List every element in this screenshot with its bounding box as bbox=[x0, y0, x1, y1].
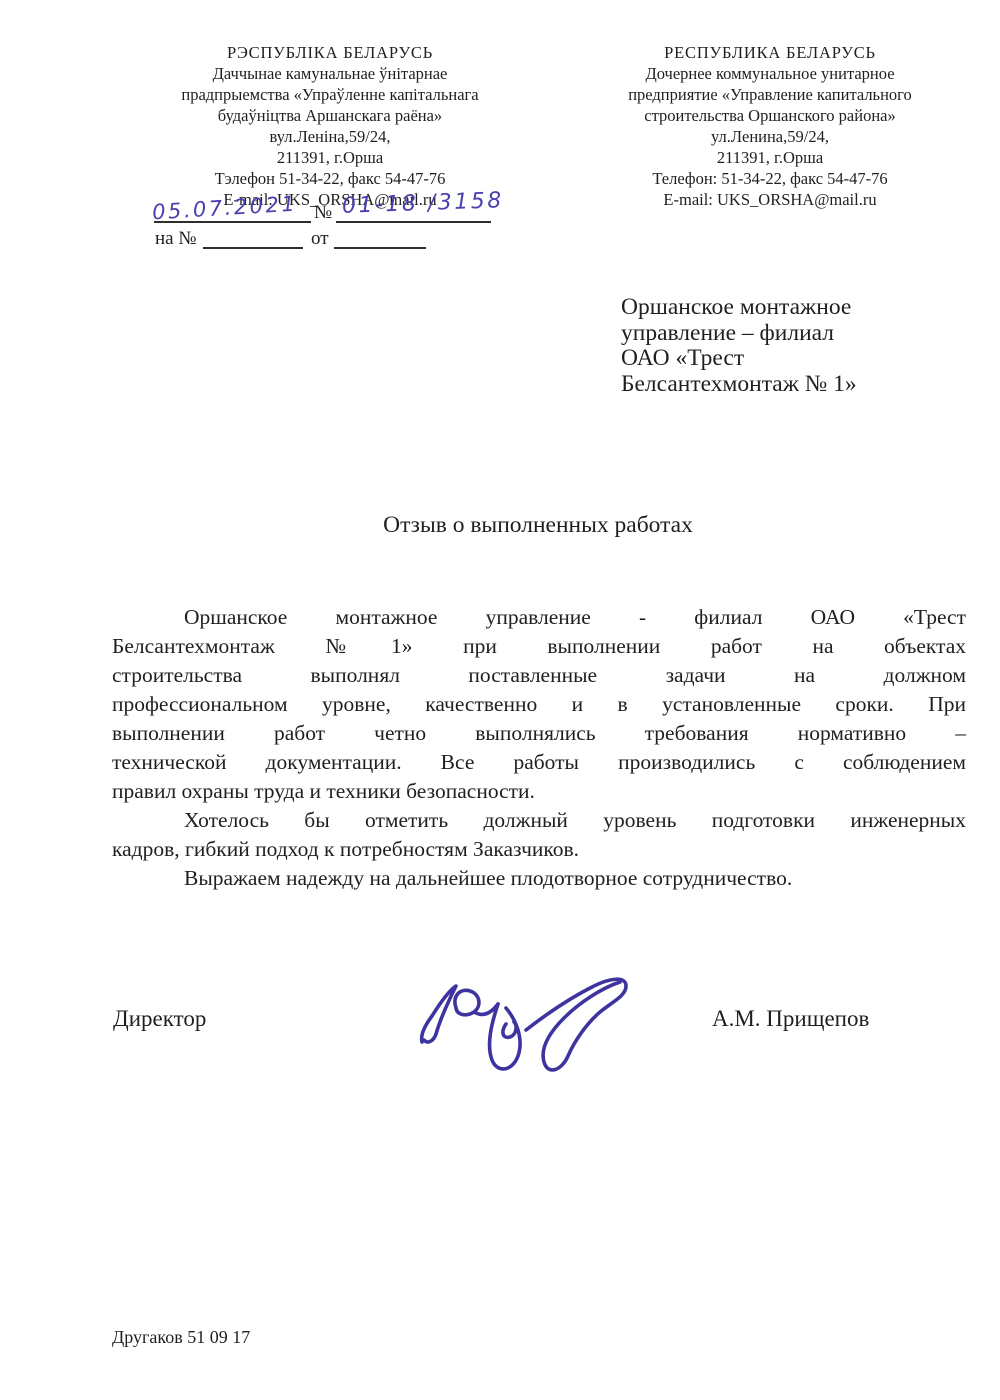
letterhead-line: 211391, г.Орша bbox=[112, 147, 548, 168]
recipient-line: Оршанское монтажное bbox=[621, 295, 951, 321]
letterhead-line: Дочернее коммунальное унитарное bbox=[552, 63, 988, 84]
from-label: от bbox=[311, 228, 329, 250]
letterhead-right: РЕСПУБЛИКА БЕЛАРУСЬ Дочернее коммунально… bbox=[552, 42, 988, 210]
reference-underline bbox=[334, 247, 426, 249]
letterhead-line: предприятие «Управление капитального bbox=[552, 84, 988, 105]
reference-underline bbox=[336, 221, 491, 223]
body-text: Оршанское монтажное управление - филиал … bbox=[112, 603, 966, 893]
body-line: строительства выполнял поставленные зада… bbox=[112, 661, 966, 690]
executor-note: Другаков 51 09 17 bbox=[112, 1327, 250, 1348]
number-label: № bbox=[314, 202, 332, 224]
letterhead-line: вул.Леніна,59/24, bbox=[112, 126, 548, 147]
letterhead-line: ул.Ленина,59/24, bbox=[552, 126, 988, 147]
signature-name: А.М. Прищепов bbox=[712, 1006, 869, 1032]
recipient-line: Белсантехмонтаж № 1» bbox=[621, 372, 951, 398]
letterhead-line: 211391, г.Орша bbox=[552, 147, 988, 168]
letterhead-email: E-mail: UKS_ORSHA@mail.ru bbox=[552, 189, 988, 210]
reference-underline bbox=[203, 247, 303, 249]
letterhead-line: прадпрыемства «Упраўленне капітальнага bbox=[112, 84, 548, 105]
scanned-letter-page: РЭСПУБЛІКА БЕЛАРУСЬ Даччынае камунальнае… bbox=[0, 0, 1000, 1400]
signature-role: Директор bbox=[113, 1006, 206, 1032]
document-title: Отзыв о выполненных работах bbox=[78, 512, 998, 539]
body-line: Оршанское монтажное управление - филиал … bbox=[112, 603, 966, 632]
letterhead-line: РЭСПУБЛІКА БЕЛАРУСЬ bbox=[112, 42, 548, 63]
handwritten-number: 01-18 /3158 bbox=[342, 188, 505, 219]
body-line: выполнении работ четно выполнялись требо… bbox=[112, 719, 966, 748]
letterhead-line: Даччынае камунальнае ўнітарнае bbox=[112, 63, 548, 84]
letterhead-left: РЭСПУБЛІКА БЕЛАРУСЬ Даччынае камунальнае… bbox=[112, 42, 548, 210]
body-line: профессиональном уровне, качественно и в… bbox=[112, 690, 966, 719]
letterhead-line: Телефон: 51-34-22, факс 54-47-76 bbox=[552, 168, 988, 189]
letterhead-line: будаўніцтва Аршанскага раёна» bbox=[112, 105, 548, 126]
body-line: Выражаем надежду на дальнейшее плодотвор… bbox=[112, 864, 966, 893]
recipient-line: управление – филиал bbox=[621, 321, 951, 347]
recipient-block: Оршанское монтажное управление – филиал … bbox=[621, 295, 951, 397]
letterhead-line: РЕСПУБЛИКА БЕЛАРУСЬ bbox=[552, 42, 988, 63]
letterhead-line: Тэлефон 51-34-22, факс 54-47-76 bbox=[112, 168, 548, 189]
handwritten-signature-icon bbox=[398, 946, 658, 1096]
body-line: правил охраны труда и техники безопаснос… bbox=[112, 777, 966, 806]
body-line: Белсантехмонтаж №1» при выполнении работ… bbox=[112, 632, 966, 661]
body-line: кадров, гибкий подход к потребностям Зак… bbox=[112, 835, 966, 864]
body-line: Хотелось бы отметить должный уровень под… bbox=[112, 806, 966, 835]
recipient-line: ОАО «Трест bbox=[621, 346, 951, 372]
reference-underline bbox=[154, 221, 311, 223]
reply-to-label: на № bbox=[155, 228, 196, 250]
letterhead-line: строительства Оршанского района» bbox=[552, 105, 988, 126]
body-line: технической документации. Все работы про… bbox=[112, 748, 966, 777]
